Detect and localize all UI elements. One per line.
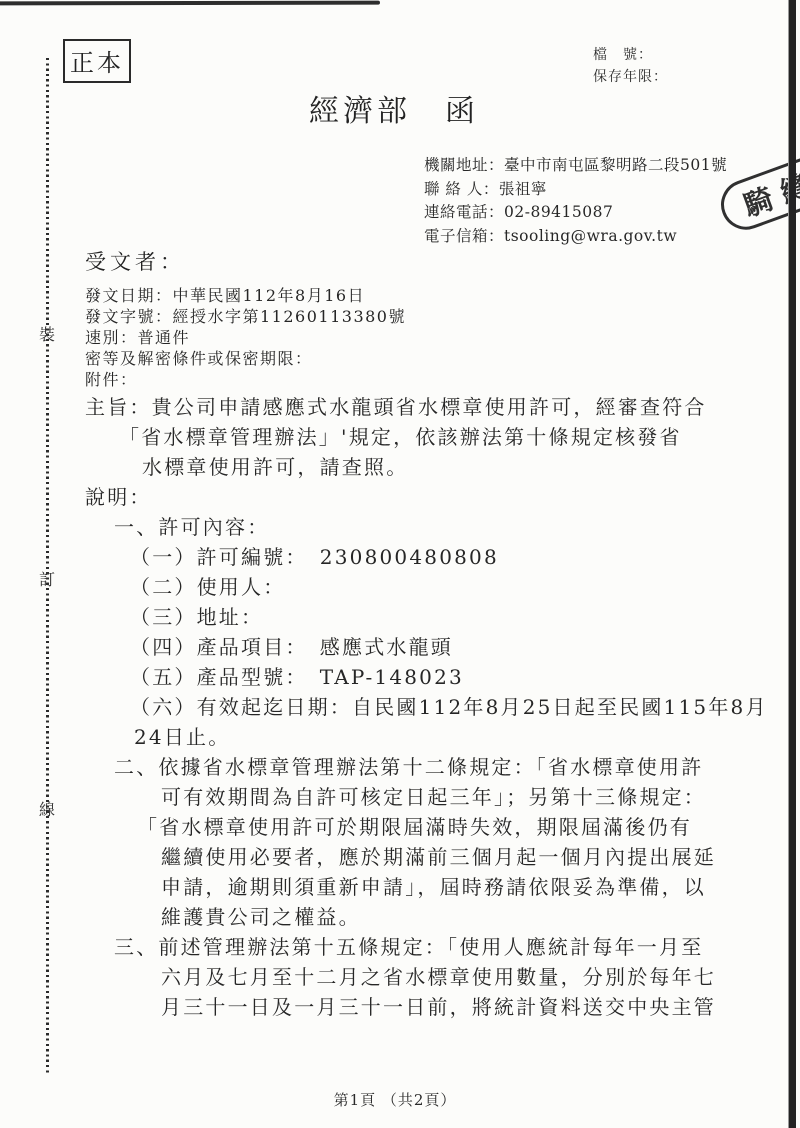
document-title: 經濟部 函 [0,86,788,130]
item-2-text: 二、依據省水標章管理辦法第十二條規定：「省水標章使用許 [114,752,760,782]
permit-address: （三）地址： [130,602,760,632]
item-2-text: 「省水標章使用許可於期限屆滿時失效，期限屆滿後仍有 [137,812,760,842]
item-1-heading: 一、許可內容： [114,512,760,542]
permit-number: （一）許可編號： 230800480808 [130,542,760,572]
security-class: 密等及解密條件或保密期限： [85,348,406,369]
original-copy-stamp: 正本 [63,39,131,83]
subject-line: 水標章使用許可，請查照。 [142,452,760,482]
speed-class: 速別：普通件 [85,327,406,348]
item-2-text: 維護貴公司之權益。 [161,902,760,932]
page-number-footer: 第1頁 （共2頁） [0,1089,790,1110]
agency-contact-block: 機關地址：臺中市南屯區黎明路二段501號 聯 絡 人：張祖寧 連絡電話：02-8… [424,154,727,248]
product-item: （四）產品項目： 感應式水龍頭 [130,632,760,662]
subject-line: 「省水標章管理辦法」'規定，依該辦法第十條規定核發省 [119,422,760,452]
file-number-label: 檔 號： [593,44,668,66]
seam-stamp: 騎縫 [713,148,800,243]
scan-artifact-right-edge [789,0,796,1128]
permit-user: （二）使用人： [130,572,760,602]
item-2-text: 申請，逾期則須重新申請」，屆時務請依限妥為準備，以 [161,872,760,902]
dispatch-number: 發文字號：經授水字第11260113380號 [85,306,406,327]
contact-phone: 連絡電話：02-89415087 [424,201,727,225]
contact-person: 聯 絡 人：張祖寧 [424,178,727,202]
item-3-text: 三、前述管理辦法第十五條規定：「使用人應統計每年一月至 [114,932,760,962]
item-3-text: 月三十一日及一月三十一日前，將統計資料送交中央主管 [161,992,760,1022]
item-2-text: 可有效期間為自許可核定日起三年」；另第十三條規定： [161,782,760,812]
validity-period: （六）有效起迄日期：自民國112年8月25日起至民國115年8月 [130,692,760,722]
item-2-text: 繼續使用必要者，應於期滿前三個月起一個月內提出展延 [161,842,760,872]
contact-email: 電子信箱：tsooling@wra.gov.tw [424,225,727,249]
item-3-text: 六月及七月至十二月之省水標章使用數量，分別於每年七 [161,962,760,992]
dispatch-meta-block: 發文日期：中華民國112年8月16日 發文字號：經授水字第11260113380… [85,285,406,390]
dispatch-date: 發文日期：中華民國112年8月16日 [85,285,406,306]
explanation-label: 說明： [85,482,760,512]
recipient-label: 受文者： [85,246,185,276]
scan-artifact-top-line [0,1,380,6]
retention-period-label: 保存年限： [593,66,668,88]
binding-mark-zhuang: 裝 [39,322,55,345]
file-info-block: 檔 號： 保存年限： [593,44,668,88]
seam-stamp-oval: 騎縫 [714,149,800,236]
validity-period: 24日止。 [134,722,760,752]
subject-line: 主旨：貴公司申請感應式水龍頭省水標章使用許可，經審查符合 [85,392,760,422]
agency-address: 機關地址：臺中市南屯區黎明路二段501號 [424,154,727,178]
product-model: （五）產品型號： TAP-148023 [130,662,760,692]
attachment-label: 附件： [85,369,406,390]
letter-body: 主旨：貴公司申請感應式水龍頭省水標章使用許可，經審查符合 「省水標章管理辦法」'… [0,392,760,1022]
